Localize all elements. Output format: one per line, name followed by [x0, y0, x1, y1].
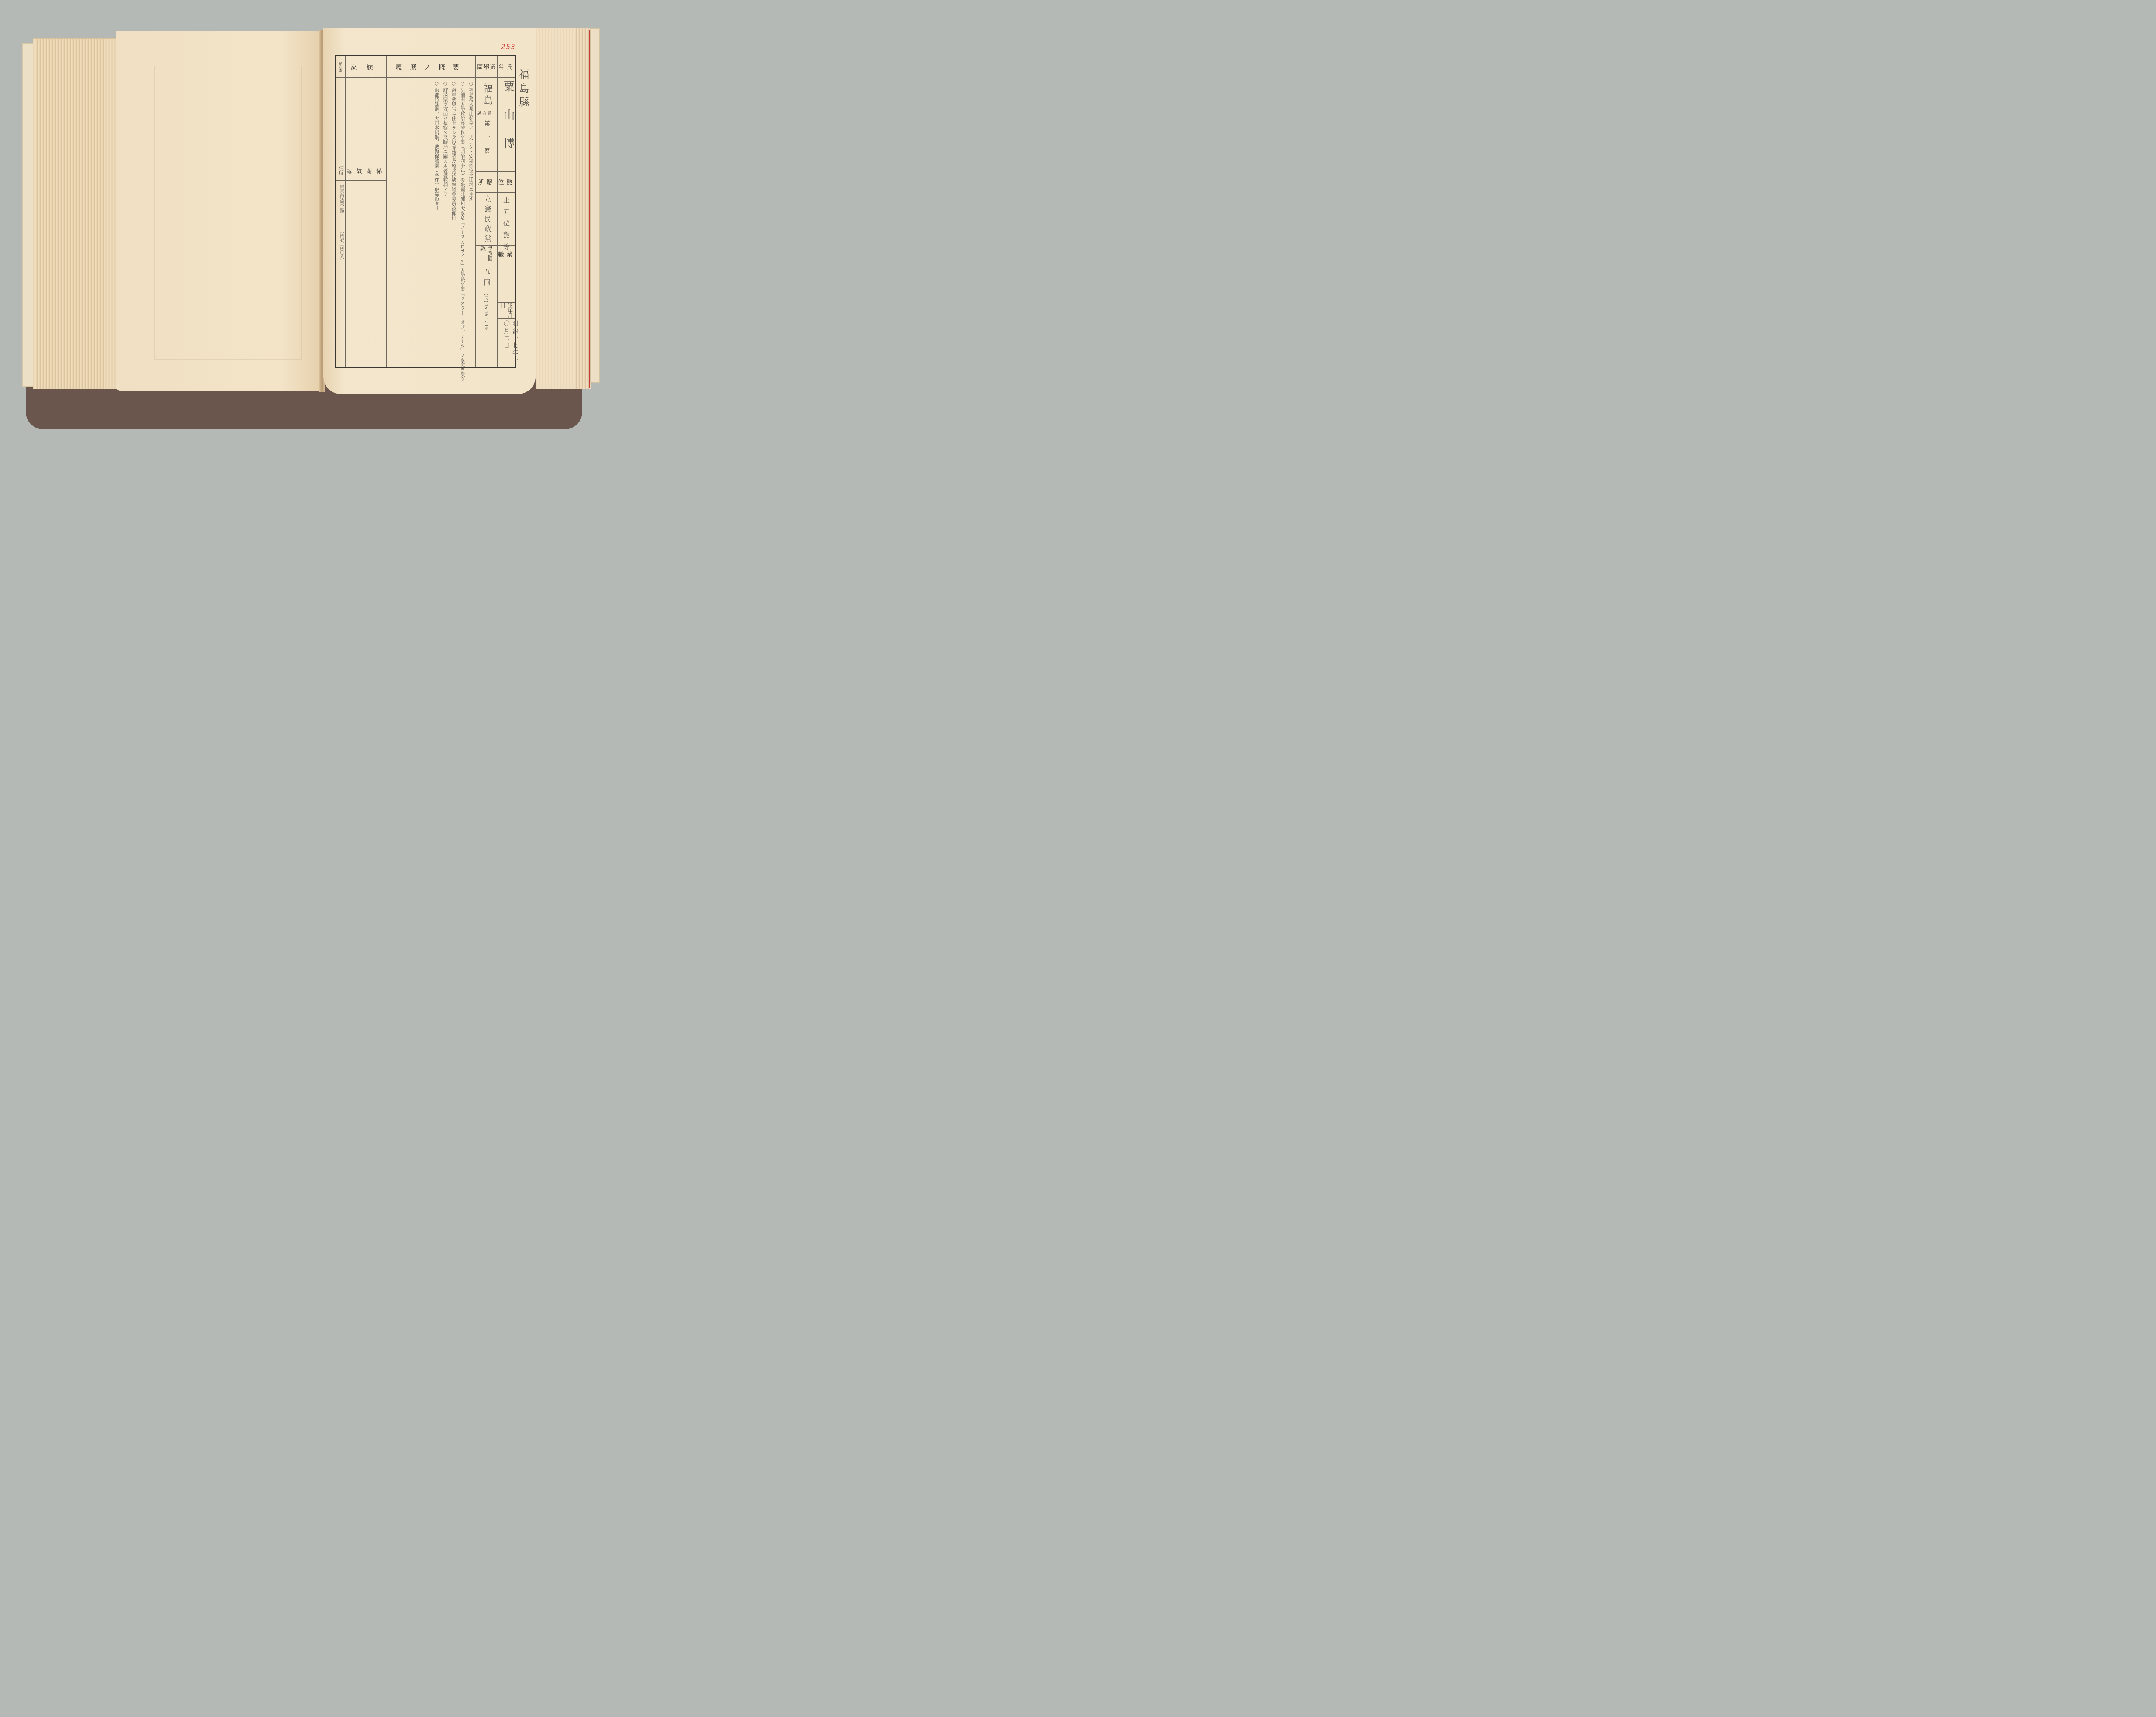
name-header: 名氏 [498, 56, 515, 78]
right-page-edges [536, 28, 591, 389]
address-value: 東京市澁谷區 [338, 184, 345, 213]
district-prefecture: 福島 [481, 83, 494, 107]
address-note: （四谷二四〇八） [338, 229, 345, 263]
party-value: 立憲民政黨 [482, 195, 492, 245]
career-line: ○ 福島縣人粟山弘寧ノ二男ニシテ安積郡富之山村ニ生ル [468, 81, 474, 382]
family-column: 家族 縁故關係 [345, 56, 387, 367]
prefecture-margin-note: 福島縣 [516, 69, 531, 110]
district-suffix-options: 縣 府 道 [477, 110, 492, 116]
party-header: 所屬 [476, 171, 498, 193]
family-header: 家族 [346, 56, 387, 78]
left-cover-board [22, 43, 34, 387]
district-column: 區擧選 福島 縣 府 道 第一區 所屬 立憲民政黨 當選回數 五回 (14) 1… [475, 56, 498, 367]
career-line: ○ 東都特殊鋼、大日本鉛鋼、熱海保養園（各株）取締役タリ [433, 81, 439, 382]
name-value: 粟山博 [500, 81, 516, 166]
times-elected-value: 五回 [482, 268, 492, 290]
district-number: 第一區 [483, 120, 491, 162]
times-elected-note: (14) 15 16 17 19 [483, 294, 488, 330]
address-header: 住所 [336, 160, 345, 181]
career-line: ○ 海軍參與官ニ任セラレ兵役義務者及廢兵待遇審議會委員被仰付 [451, 81, 457, 382]
career-line: ○ 鮮滿蒙支方面ヲ視察ス又時局ニ關スル著書數種アリ [442, 81, 448, 382]
occupation-header: 職業 [498, 245, 515, 263]
relations-header: 縁故關係 [346, 160, 387, 181]
left-page-edges [33, 38, 117, 389]
name-column: 名氏 粟山博 位勲 正五位勲等 職業 生年月日 明治一七年一〇月二日 [497, 56, 515, 367]
birth-value: 明治一七年一〇月二日 [502, 320, 519, 367]
right-cover-board [590, 28, 600, 383]
show-through-form-ghost [154, 66, 302, 360]
page-number: 253 [501, 43, 516, 51]
rank-header: 位勲 [498, 171, 515, 193]
birth-header: 生年月日 [498, 302, 515, 319]
left-page-blank [116, 31, 322, 391]
career-line: ○ 早稲田大學政治經濟科卒業（明治四十年）後米國北加州大學及「ノースカロライナ」… [459, 81, 465, 382]
tax-address-column: 納税額 住所 東京市澁谷區 （四谷二四〇八） [336, 56, 345, 367]
times-elected-header: 當選回數 [476, 245, 498, 263]
career-header: 履歴ノ概要 [387, 56, 476, 78]
career-lines: ○ 福島縣人粟山弘寧ノ二男ニシテ安積郡富之山村ニ生ル ○ 早稲田大學政治經濟科卒… [433, 81, 474, 382]
career-column: 履歴ノ概要 ○ 福島縣人粟山弘寧ノ二男ニシテ安積郡富之山村ニ生ル ○ 早稲田大學… [386, 56, 476, 367]
member-record-form: 名氏 粟山博 位勲 正五位勲等 職業 生年月日 明治一七年一〇月二日 區擧選 福… [335, 55, 516, 368]
tax-header: 納税額 [336, 56, 345, 78]
district-header: 區擧選 [476, 56, 498, 78]
